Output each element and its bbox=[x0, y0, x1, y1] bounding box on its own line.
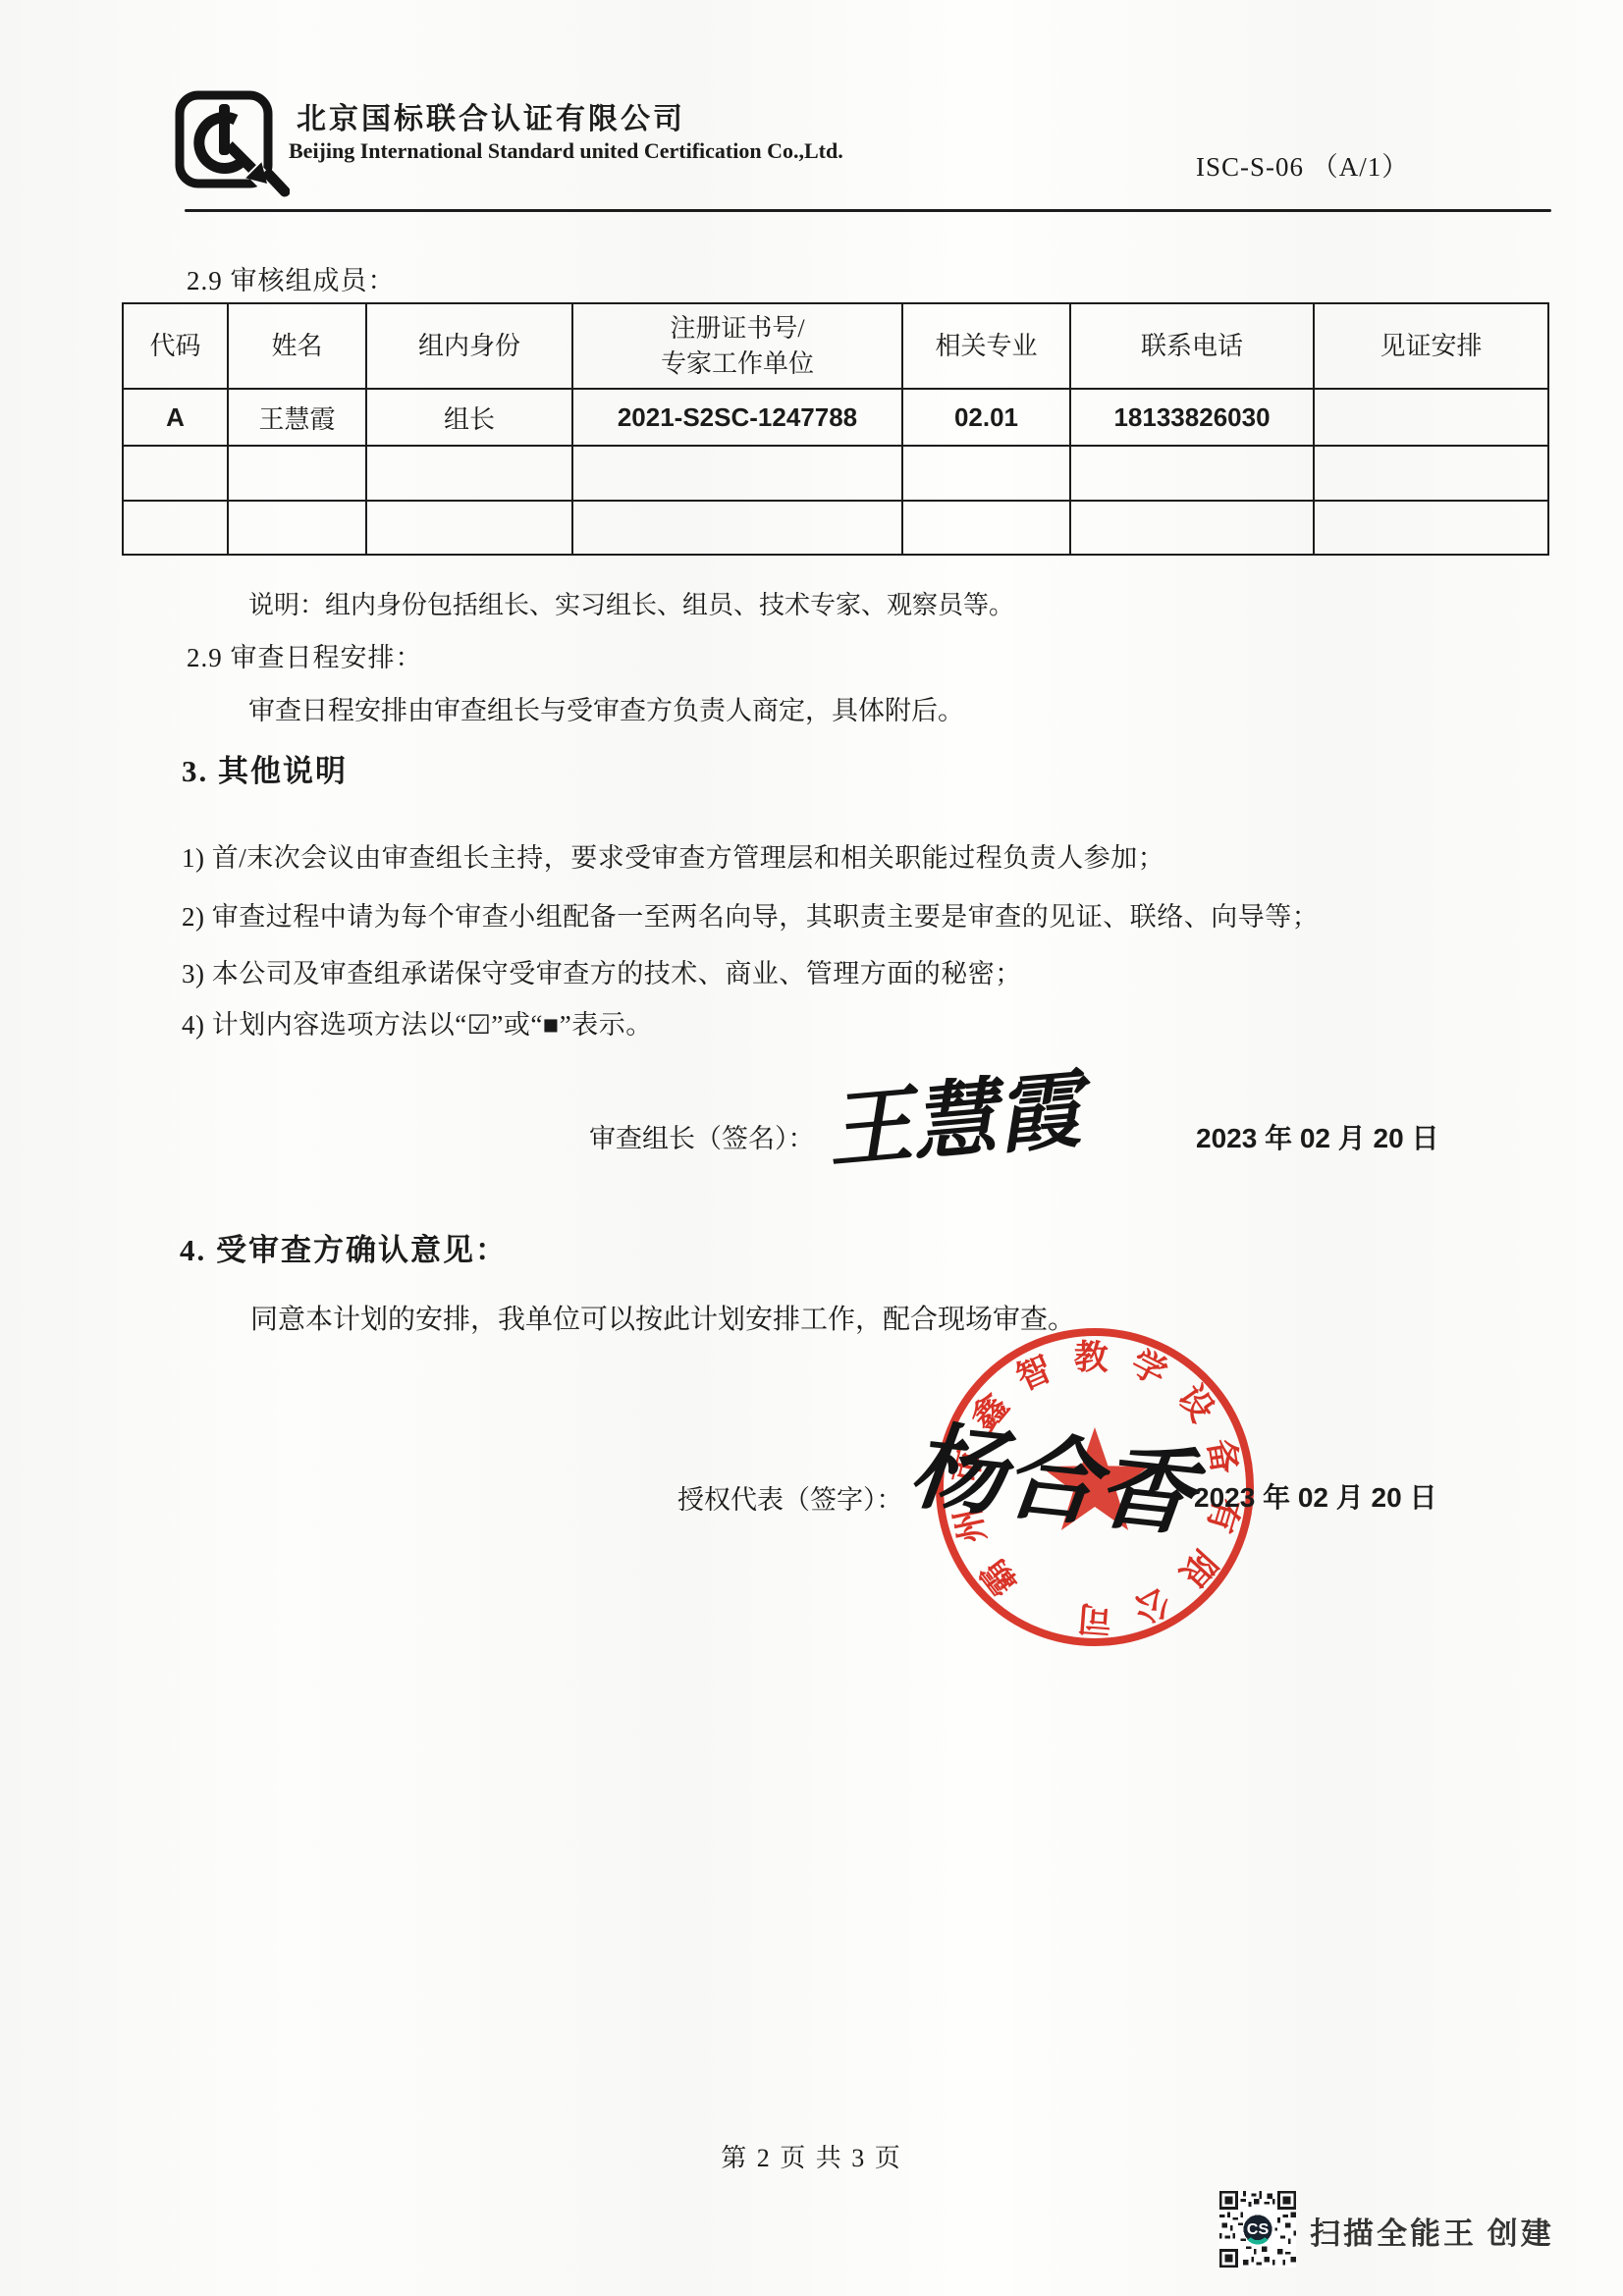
cell-name: 王慧霞 bbox=[228, 389, 366, 446]
cell-role: 组长 bbox=[366, 389, 572, 446]
camscanner-qr-code: CS bbox=[1219, 2191, 1296, 2268]
table-header-row: 代码 姓名 组内身份 注册证书号/ 专家工作单位 相关专业 联系电话 见证安排 bbox=[123, 303, 1548, 389]
cell-empty bbox=[1070, 501, 1314, 555]
page-number: 第 2 页 共 3 页 bbox=[0, 2138, 1623, 2174]
cell-empty bbox=[1070, 446, 1314, 501]
cell-cert: 2021-S2SC-1247788 bbox=[572, 389, 902, 446]
col-header-cert-line1: 注册证书号/ bbox=[573, 311, 901, 346]
cell-empty bbox=[228, 501, 366, 555]
certification-logo-icon bbox=[172, 88, 290, 202]
cell-empty bbox=[123, 501, 228, 555]
section-title-schedule: 2.9 审查日程安排： bbox=[187, 636, 423, 674]
cell-empty bbox=[123, 446, 228, 501]
col-header-role: 组内身份 bbox=[366, 303, 572, 389]
other-item-4: 4) 计划内容选项方法以“☑”或“■”表示。 bbox=[182, 1003, 653, 1041]
cell-code: A bbox=[123, 389, 228, 446]
camscanner-watermark-text: 扫描全能王 创建 bbox=[1310, 2209, 1554, 2253]
cell-witness bbox=[1314, 389, 1548, 446]
cell-empty bbox=[1314, 446, 1548, 501]
col-header-cert: 注册证书号/ 专家工作单位 bbox=[572, 303, 902, 389]
rep-signature-date: 2023 年 02 月 20 日 bbox=[1194, 1476, 1436, 1516]
cell-empty bbox=[902, 446, 1070, 501]
table-row-empty bbox=[123, 446, 1548, 501]
col-header-major: 相关专业 bbox=[902, 303, 1070, 389]
section-title-members: 2.9 审核组成员： bbox=[187, 259, 396, 297]
cell-empty bbox=[902, 501, 1070, 555]
cell-major: 02.01 bbox=[902, 389, 1070, 446]
cell-empty bbox=[366, 501, 572, 555]
section-title-confirm: 4. 受审查方确认意见： bbox=[180, 1225, 508, 1269]
header-rule bbox=[185, 209, 1551, 212]
cell-empty bbox=[1314, 501, 1548, 555]
leader-handwritten-signature: 王慧霞 bbox=[822, 1041, 1085, 1185]
rep-signature-label: 授权代表（签字）： bbox=[677, 1478, 903, 1517]
camscanner-badge: CS bbox=[1247, 2220, 1270, 2238]
other-item-3: 3) 本公司及审查组承诺保守受审查方的技术、商业、管理方面的秘密； bbox=[182, 952, 1022, 990]
leader-signature-label: 审查组长（签名）： bbox=[589, 1117, 815, 1155]
table-note: 说明：组内身份包括组长、实习组长、组员、技术专家、观察员等。 bbox=[248, 585, 1014, 621]
col-header-cert-line2: 专家工作单位 bbox=[573, 347, 901, 381]
document-code: ISC-S-06 （A/1） bbox=[1196, 145, 1409, 184]
company-name-cn: 北京国标联合认证有限公司 bbox=[297, 94, 685, 137]
other-item-1: 1) 首/末次会议由审查组长主持，要求受审查方管理层和相关职能过程负责人参加； bbox=[182, 836, 1164, 875]
leader-signature-date: 2023 年 02 月 20 日 bbox=[1196, 1117, 1438, 1156]
cell-empty bbox=[228, 446, 366, 501]
schedule-body: 审查日程安排由审查组长与受审查方负责人商定，具体附后。 bbox=[248, 689, 964, 727]
col-header-code: 代码 bbox=[123, 303, 228, 389]
section-title-other: 3. 其他说明 bbox=[182, 746, 348, 790]
cell-empty bbox=[572, 501, 902, 555]
col-header-name: 姓名 bbox=[228, 303, 366, 389]
cell-empty bbox=[572, 446, 902, 501]
cell-phone: 18133826030 bbox=[1070, 389, 1314, 446]
scanned-document-page: 北京国标联合认证有限公司 Beijing International Stand… bbox=[0, 0, 1623, 2296]
col-header-phone: 联系电话 bbox=[1070, 303, 1314, 389]
col-header-witness: 见证安排 bbox=[1314, 303, 1548, 389]
table-row: A 王慧霞 组长 2021-S2SC-1247788 02.01 1813382… bbox=[123, 389, 1548, 446]
company-name-en: Beijing International Standard united Ce… bbox=[289, 138, 843, 164]
cell-empty bbox=[366, 446, 572, 501]
audit-team-table: 代码 姓名 组内身份 注册证书号/ 专家工作单位 相关专业 联系电话 见证安排 … bbox=[122, 302, 1549, 556]
other-item-2: 2) 审查过程中请为每个审查小组配备一至两名向导，其职责主要是审查的见证、联络、… bbox=[182, 895, 1319, 934]
table-row-empty bbox=[123, 501, 1548, 555]
